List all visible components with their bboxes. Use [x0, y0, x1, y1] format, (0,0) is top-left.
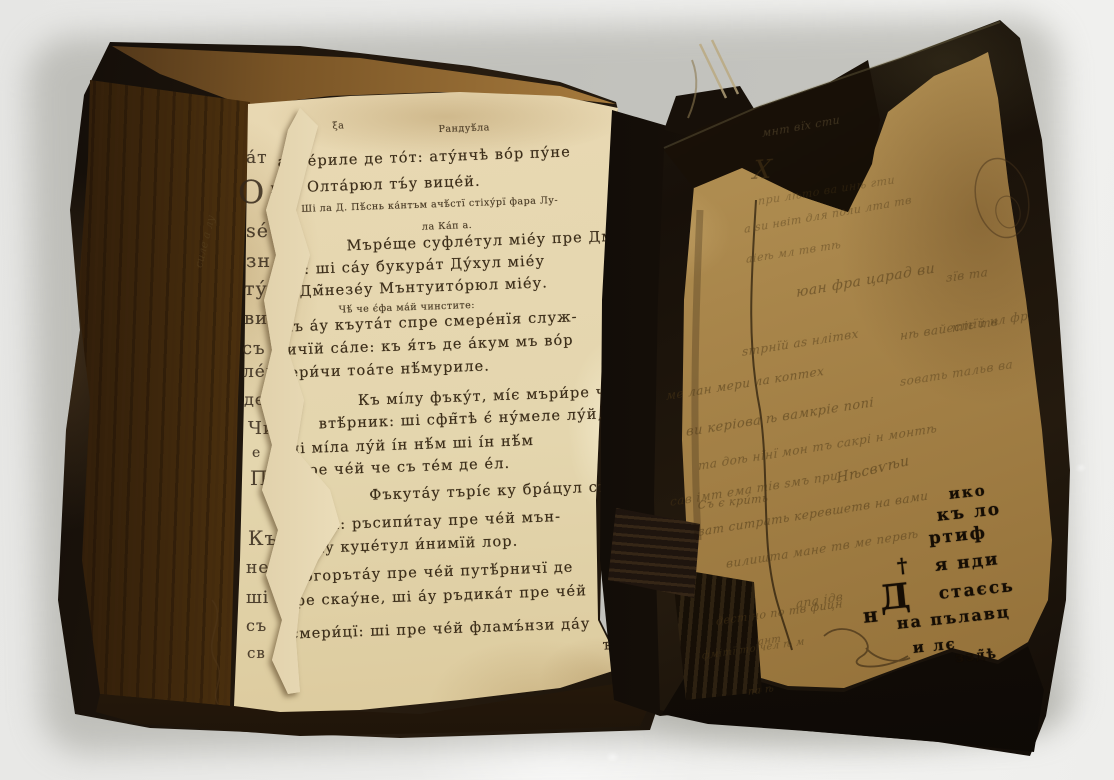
graffiti-line: на пълавц: [896, 604, 1011, 632]
graffiti-line: къ ло: [936, 501, 1002, 525]
graffiti-layer: икокъ лортиф†я ндиДстаєсьнна пълавци лєз…: [0, 0, 1114, 780]
graffiti-line: стаєсь: [938, 578, 1016, 603]
graffiti-line: ртиф: [928, 525, 988, 548]
graffiti-line: Д: [878, 579, 914, 616]
graffiti-line: н: [862, 604, 881, 626]
graffiti-line: ико: [948, 483, 987, 502]
graffiti-line: и лє: [912, 636, 957, 656]
graffiti-line: †: [896, 555, 910, 576]
graffiti-line: я нди: [934, 551, 1000, 575]
graffiti-line: ззд̃ѣ: [955, 648, 999, 665]
photo-scene: а́тОѕе́знту́висъле́пдеЧи́еПо́Кънешісъсв …: [0, 0, 1114, 780]
